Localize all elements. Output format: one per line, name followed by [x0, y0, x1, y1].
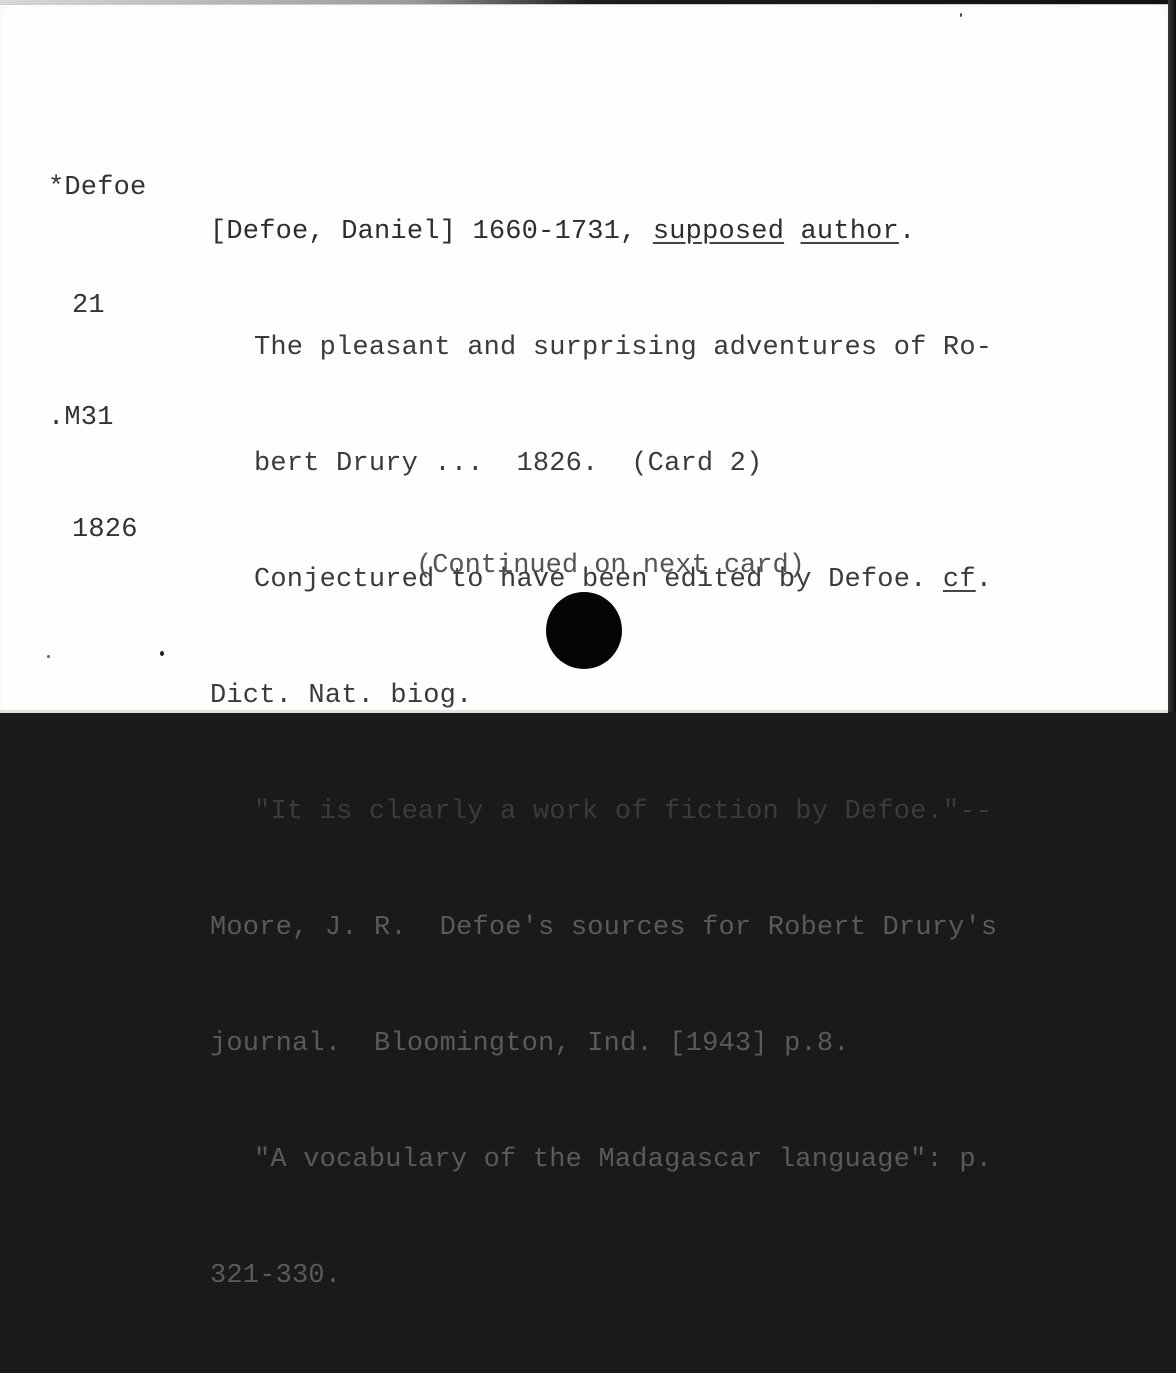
dust-speck — [47, 655, 50, 658]
catalog-card: *Defoe 21 .M31 1826 [Defoe, Daniel] 1660… — [0, 4, 1168, 712]
call-number-line: *Defoe — [48, 169, 146, 207]
cf-abbreviation: cf — [943, 565, 976, 595]
dust-speck — [960, 13, 962, 17]
call-number-line: 21 — [48, 287, 146, 325]
note-line: Dict. Nat. biog. — [210, 677, 997, 712]
title-line: The pleasant and surprising adventures o… — [210, 329, 997, 369]
call-number-line: .M31 — [48, 399, 146, 437]
title-line: bert Drury ... 1826. (Card 2) — [210, 445, 997, 485]
author-role: author — [801, 217, 899, 247]
call-number-line: 1826 — [48, 511, 146, 549]
author-heading: [Defoe, Daniel] 1660-1731, supposed auth… — [210, 213, 997, 253]
call-number: *Defoe 21 .M31 1826 — [48, 93, 146, 625]
punch-hole — [546, 592, 622, 669]
scan-right-edge — [1168, 0, 1176, 712]
dust-speck — [160, 651, 164, 656]
author-role: supposed — [653, 217, 784, 247]
author-name: [Defoe, Daniel] 1660-1731, — [210, 217, 653, 247]
continued-notice: (Continued on next card) — [416, 551, 805, 581]
